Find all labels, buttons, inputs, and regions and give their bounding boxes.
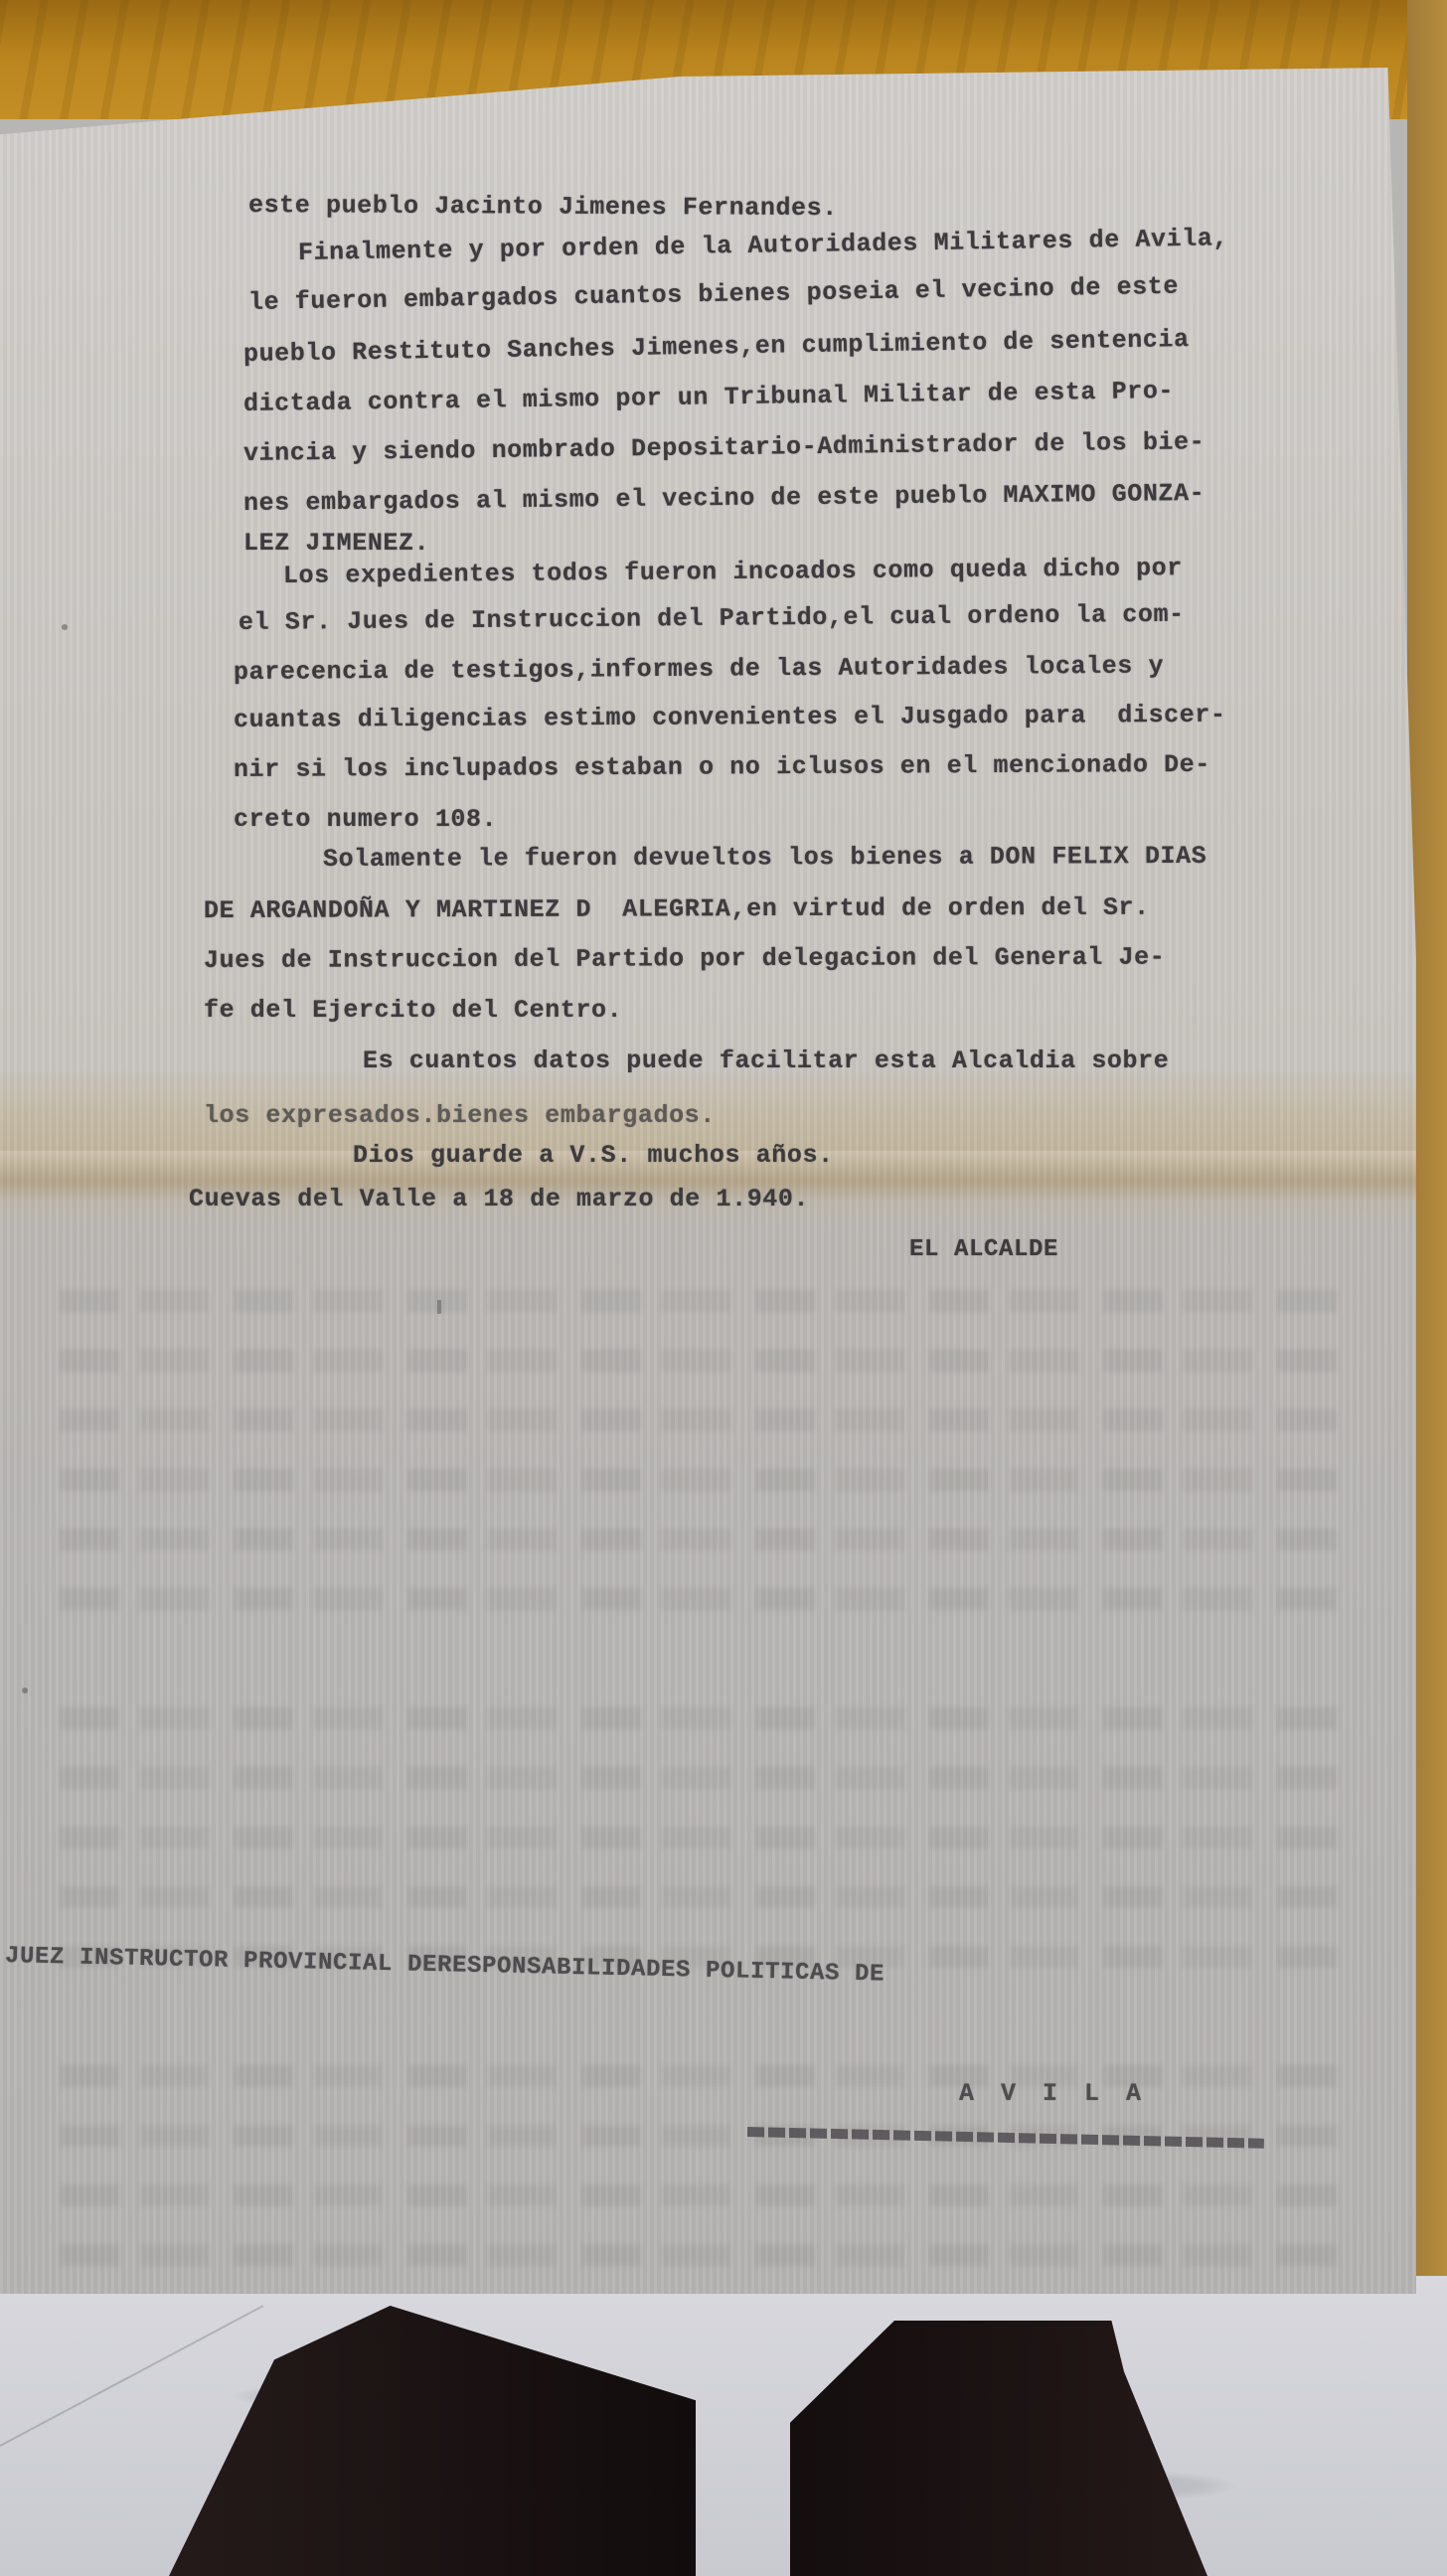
bleed-through-line <box>60 1290 1352 1312</box>
document-line: Solamente le fueron devueltos los bienes… <box>323 842 1206 874</box>
paper-speck <box>62 624 68 630</box>
signature-title: EL ALCALDE <box>909 1236 1058 1263</box>
bleed-through-line <box>60 1588 1352 1610</box>
bleed-through-line <box>60 1767 1352 1789</box>
document-line: los expresados.bienes embargados. <box>204 1101 716 1130</box>
addressee-city: A V I L A <box>959 2079 1147 2108</box>
document-line: Jues de Instruccion del Partido por dele… <box>204 943 1165 975</box>
document-line: DE ARGANDOÑA Y MARTINEZ D ALEGRIA,en vir… <box>204 893 1150 925</box>
document-line: creto numero 108. <box>234 805 497 834</box>
document-line: Dios guarde a V.S. muchos años. <box>353 1141 834 1170</box>
document-line: nir si los inclupados estaban o no iclus… <box>234 750 1210 784</box>
document-line: LEZ JIMENEZ. <box>243 529 429 558</box>
document-line: Es cuantos datos puede facilitar esta Al… <box>363 1046 1169 1075</box>
bleed-through-line <box>60 1827 1352 1849</box>
bleed-through-line <box>60 2244 1352 2266</box>
bleed-through-line <box>60 1469 1352 1491</box>
bleed-through-line <box>60 2065 1352 2087</box>
place-and-date: Cuevas del Valle a 18 de marzo de 1.940. <box>189 1185 809 1213</box>
bleed-through-line <box>60 1409 1352 1431</box>
paper-speck <box>22 1688 28 1693</box>
bleed-through-line <box>60 2184 1352 2206</box>
document-line: fe del Ejercito del Centro. <box>204 996 622 1025</box>
paper-speck <box>437 1300 441 1314</box>
document-line: este pueblo Jacinto Jimenes Fernandes. <box>248 191 838 223</box>
bleed-through-line <box>60 1529 1352 1550</box>
bleed-through-line <box>60 1707 1352 1729</box>
bleed-through-line <box>60 1886 1352 1908</box>
document-line: cuantas diligencias estimo convenientes … <box>234 701 1226 734</box>
bleed-through-line <box>60 1350 1352 1371</box>
